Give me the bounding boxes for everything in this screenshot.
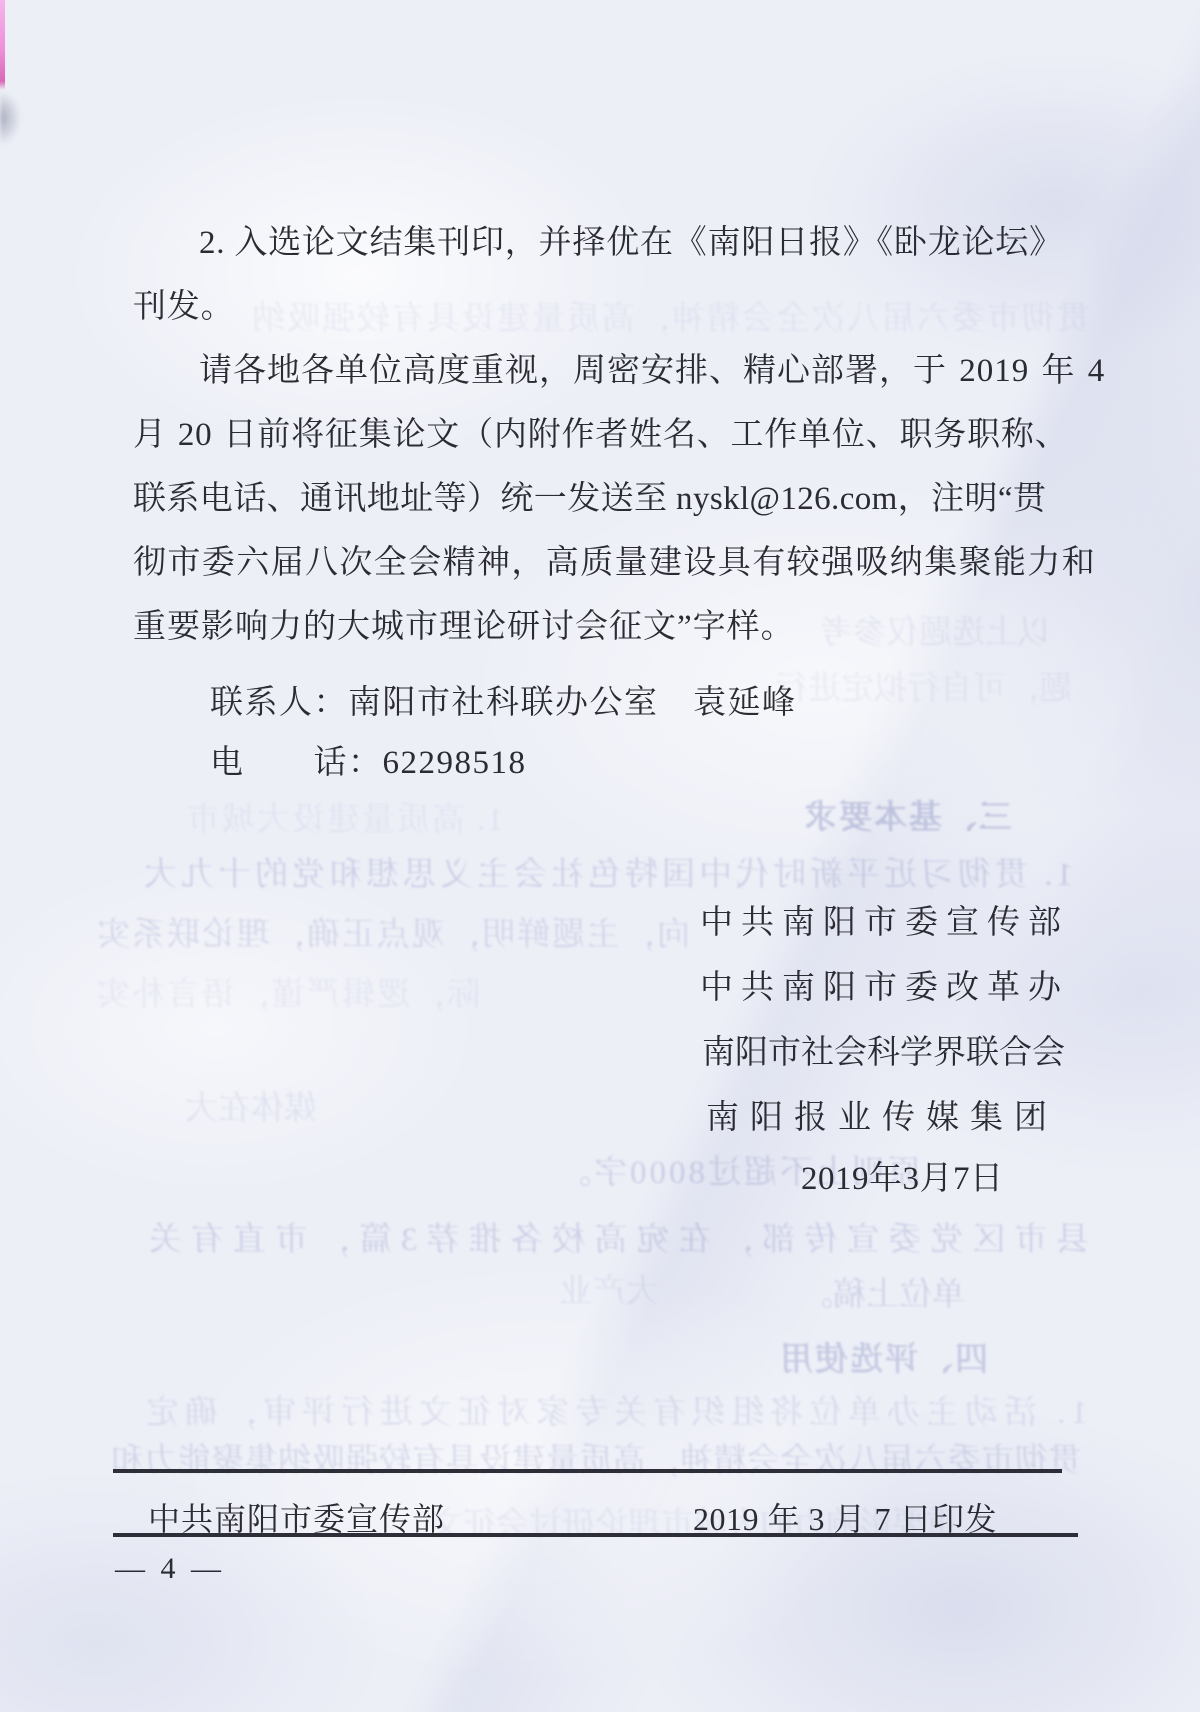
- bleedthrough-heading: 三、基本要求: [802, 791, 1012, 838]
- bleedthrough-line: 以上选题仅参考: [820, 606, 1051, 653]
- bleedthrough-line: 单位上稿。: [800, 1268, 965, 1315]
- footer-separator-bottom: [113, 1533, 1078, 1537]
- paragraph1-line1: 2. 入选论文结集刊印，并择优在《南阳日报》《卧龙论坛》: [199, 216, 1063, 263]
- bleedthrough-line: 1. 活动主办单位将组织有关专家对征文进行评审，确定: [140, 1386, 1088, 1433]
- bleedthrough-heading: 四、评选使用: [778, 1333, 988, 1380]
- footer-separator-top: [113, 1469, 1062, 1473]
- paragraph2-line3: 联系电话、通讯地址等）统一发送至 nyskl@126.com，注明“贯: [133, 472, 1046, 519]
- paragraph2-line2: 月 20 日前将征集论文（内附作者姓名、工作单位、职务职称、: [133, 408, 1069, 455]
- signature-org-4: 南阳报业传媒集团: [706, 1091, 1058, 1138]
- scan-corner-smudge: [0, 92, 20, 144]
- bleedthrough-line: 题，可自行拟定进行: [775, 662, 1072, 709]
- document-page: 贯彻市委六届八次全会精神，高质量建设具有较强吸纳 以上选题仅参考 题，可自行拟定…: [0, 0, 1200, 1712]
- bleedthrough-line: 1. 贯彻习近平新时代中国特色社会主义思想和党的十九大: [140, 848, 1073, 895]
- phone-line: 电 话：62298518: [210, 736, 527, 783]
- bleedthrough-line: 贯彻市委六届八次全会精神，高质量建设具有较强吸纳集聚能力和: [110, 1434, 1082, 1481]
- paragraph2-line1: 请各地各单位高度重视，周密安排、精心部署，于 2019 年 4: [199, 344, 1105, 391]
- bleedthrough-line: 县市区党委宣传部，在宛高校各推荐3篇，市直有关: [140, 1213, 1090, 1260]
- paragraph1-line2: 刊发。: [133, 280, 234, 327]
- signature-date: 2019年3月7日: [801, 1152, 1004, 1199]
- signature-org-2: 中共南阳市委改革办: [700, 961, 1069, 1008]
- bleedthrough-line: 媒体在大: [185, 1082, 317, 1129]
- signature-org-3: 南阳市社会科学界联合会: [702, 1026, 1065, 1073]
- paragraph2-line5: 重要影响力的大城市理论研讨会征文”字样。: [133, 600, 795, 647]
- bleedthrough-line: 1. 高质量建设大城市: [185, 793, 504, 840]
- bleedthrough-line: 向，主题鲜明，观点正确，理论联系实: [95, 908, 690, 955]
- bleedthrough-line: 际，逻辑严谨，语言朴实: [95, 968, 480, 1015]
- bleedthrough-line: 贯彻市委六届八次全会精神，高质量建设具有较强吸纳: [250, 292, 1090, 339]
- page-number: — 4 —: [115, 1552, 225, 1586]
- paragraph2-line4: 彻市委六届八次全会精神，高质量建设具有较强吸纳集聚能力和: [133, 536, 1096, 583]
- bleedthrough-line: 大产业: [560, 1265, 659, 1312]
- contact-line: 联系人：南阳市社科联办公室 袁延峰: [210, 676, 797, 723]
- scan-edge-artifact: [0, 0, 5, 90]
- signature-org-1: 中共南阳市委宣传部: [700, 896, 1069, 943]
